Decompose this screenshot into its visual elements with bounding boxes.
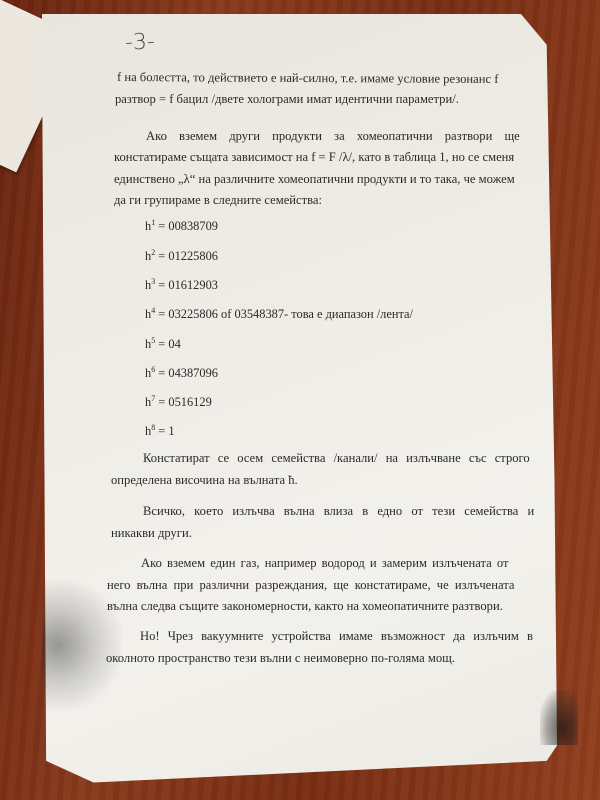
text-line: Ако вземем един газ, например водород и … [141,557,509,570]
family-index: 2 [151,248,155,257]
family-value: 01612903 [168,278,218,292]
text-line: Но! Чрез вакуумните устройства имаме въз… [140,630,533,643]
family-value: 0516129 [168,395,211,409]
text-line: да ги групираме в следните семейства: [114,194,322,207]
family-item: h7 = 0516129 [145,395,212,408]
family-index: 4 [151,306,155,315]
text-line: Всичко, което излъчва вълна влиза в едно… [143,505,534,518]
family-item: h5 = 04 [145,337,181,350]
text-line: околното пространство тези вълни с неимо… [106,652,455,665]
family-index: 3 [151,277,155,286]
text-line: никакви други. [111,527,192,540]
family-index: 6 [151,365,155,374]
text-line: Констатират се осем семейства /канали/ н… [143,452,530,465]
text-line: f на болестта, то действието е най-силно… [117,71,499,86]
family-value: 01225806 [168,249,218,263]
family-value: 1 [168,424,174,438]
family-item: h3 = 01612903 [145,278,218,291]
text-line: определена височина на вълната ħ. [111,474,298,487]
family-value: 04387096 [168,366,218,380]
family-value: 00838709 [168,219,218,233]
text-line: вълна следва същите закономерности, какт… [107,600,503,613]
family-item: h1 = 00838709 [145,219,218,232]
family-index: 8 [151,423,155,432]
family-index: 1 [151,218,155,227]
family-value: 03225806 of 03548387- това е диапазон /л… [168,307,413,321]
text-line: Ако вземем други продукти за хомеопатичн… [146,130,520,143]
family-index: 7 [151,394,155,403]
family-item: h2 = 01225806 [145,249,218,262]
family-index: 5 [151,336,155,345]
family-item: h4 = 03225806 of 03548387- това е диапаз… [145,307,413,320]
family-item: h8 = 1 [145,424,175,437]
text-line: констатираме същата зависимост на f = F … [114,151,514,164]
text-line: него вълна при различни разреждания, ще … [107,579,515,592]
text-line: единствено „λ“ на различните хомеопатичн… [114,173,515,186]
family-item: h6 = 04387096 [145,366,218,379]
text-line: разтвор = f бацил /двете холограми имат … [115,93,459,106]
page-number: -3- [125,29,156,55]
family-value: 04 [168,337,180,351]
